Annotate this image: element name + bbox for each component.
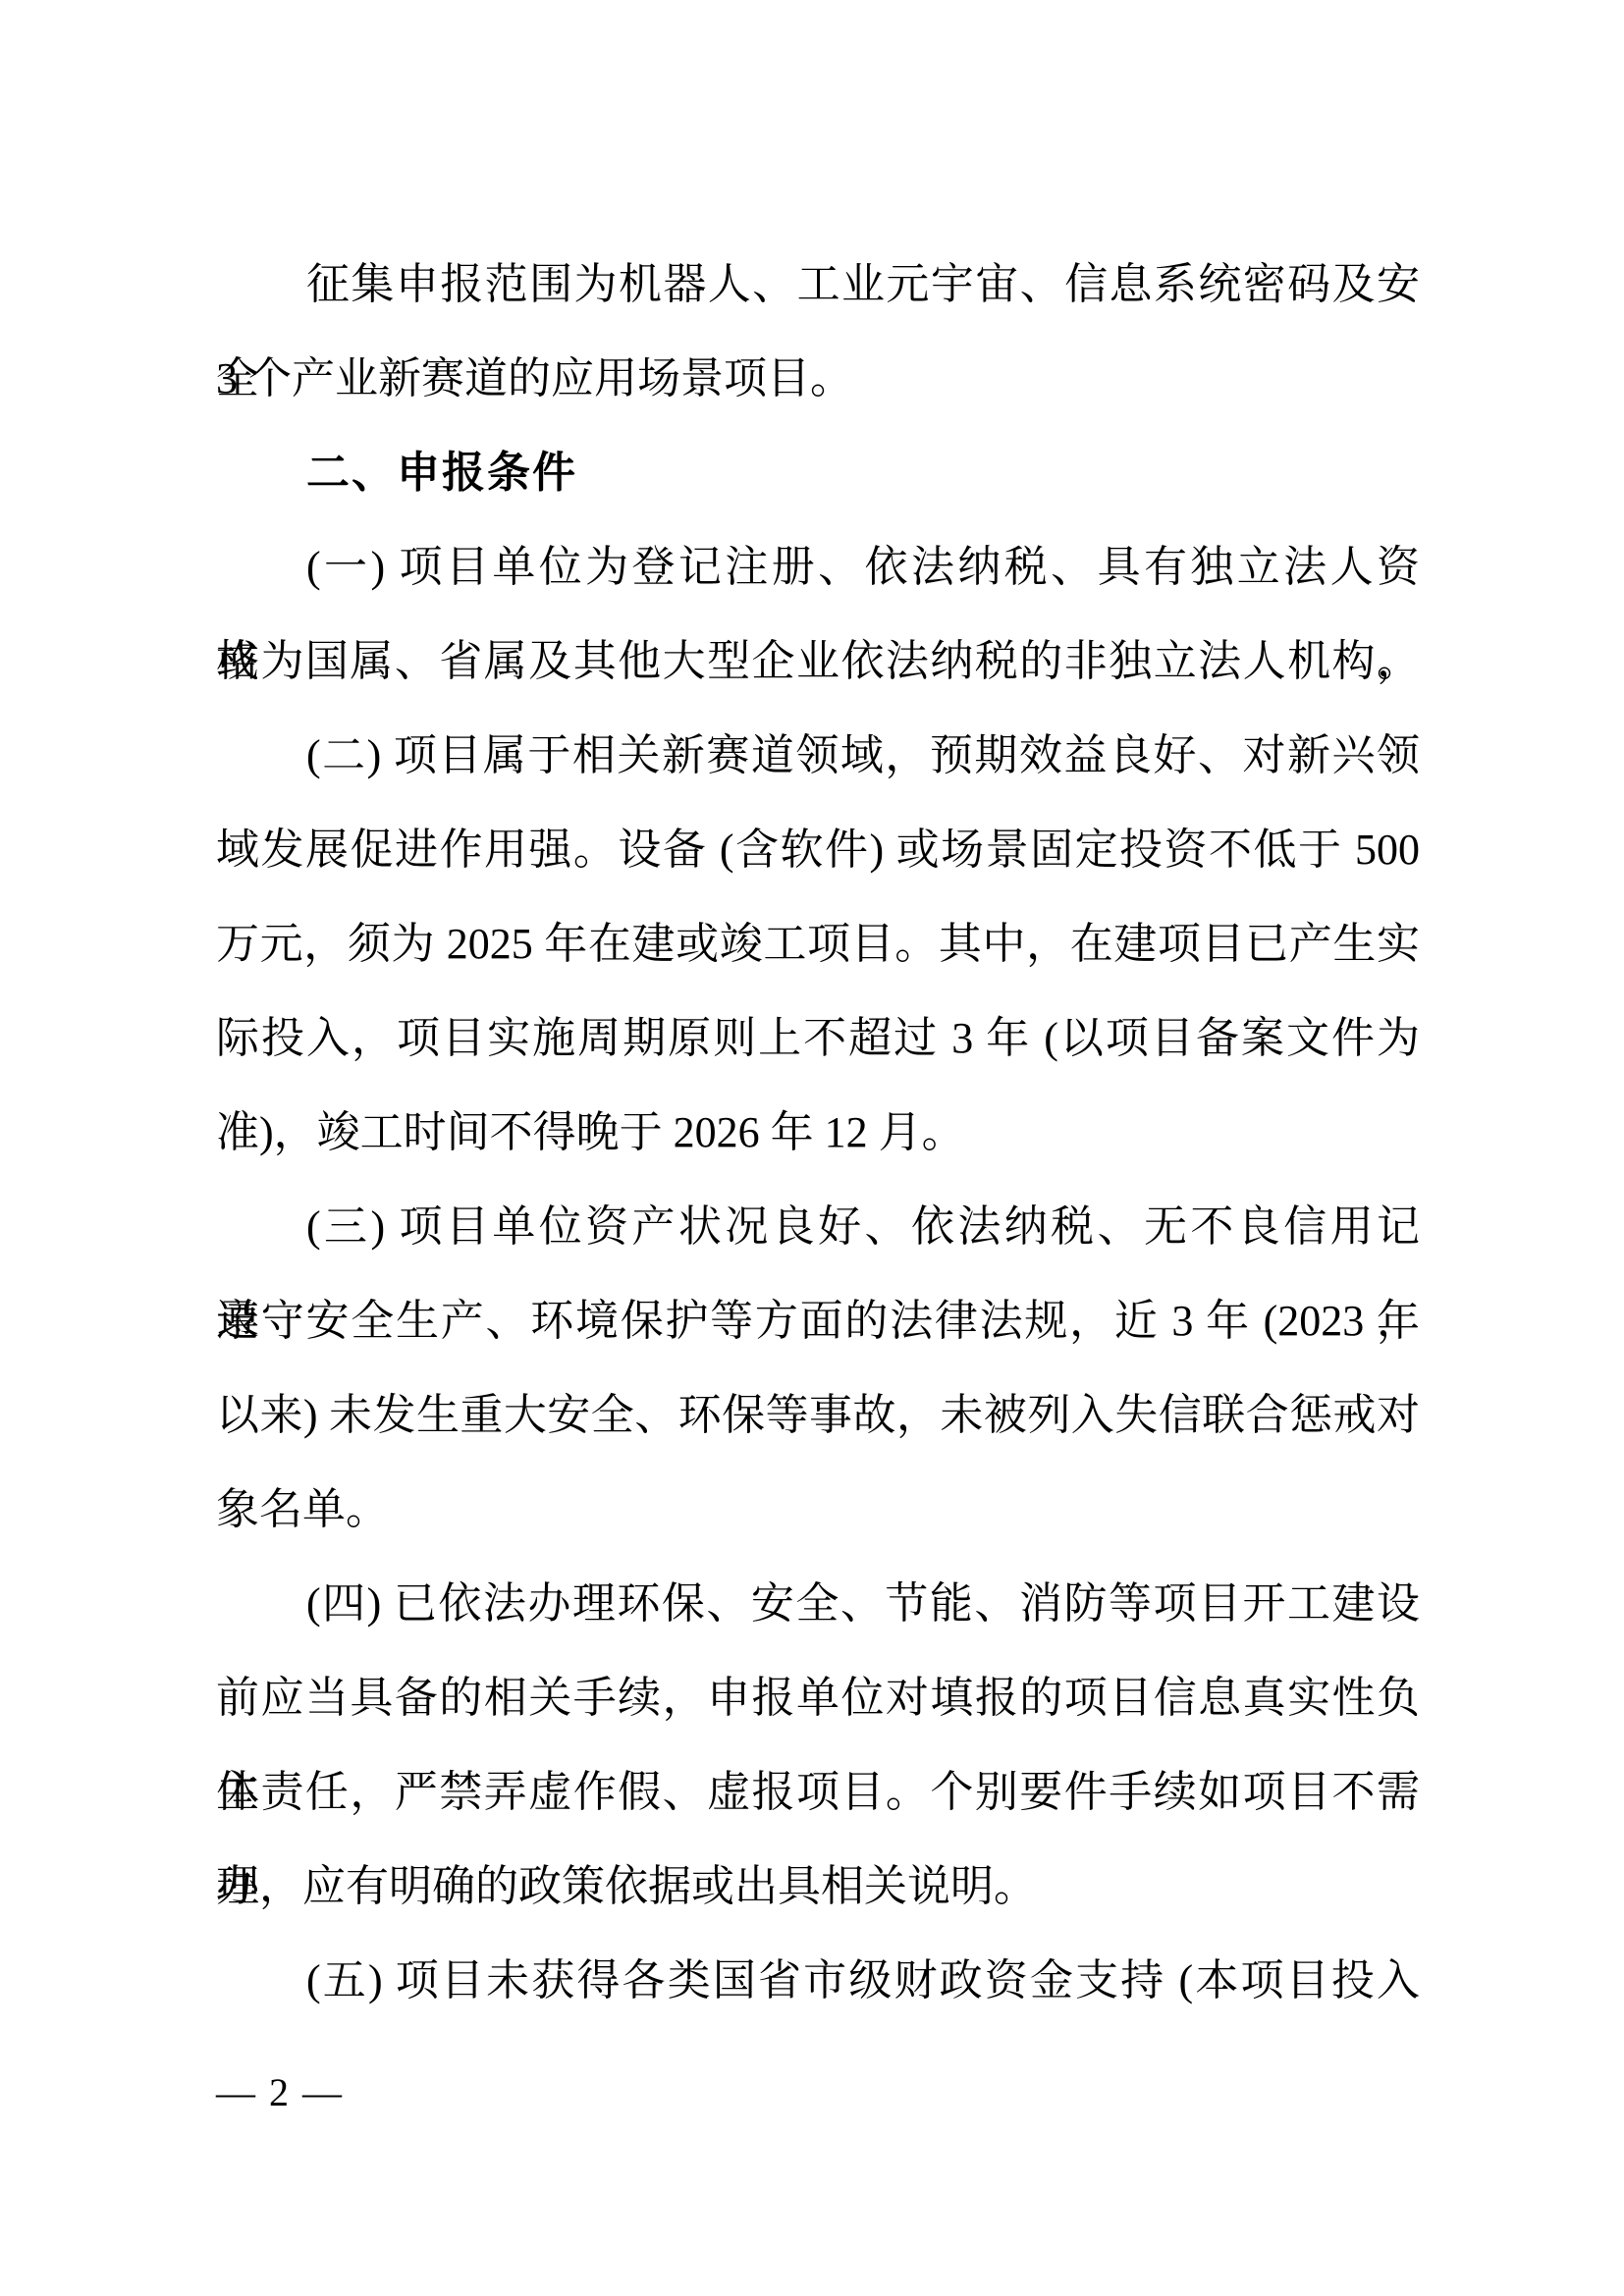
page-footer: — 2 — [216,2063,344,2122]
doc-line: 3 个产业新赛道的应用场景项目。 [216,332,1420,426]
document-body: 征集申报范围为机器人、工业元宇宙、信息系统密码及安全 3 个产业新赛道的应用场景… [216,238,1420,2028]
doc-line: (三) 项目单位资产状况良好、依法纳税、无不良信用记录， [216,1180,1420,1274]
document-page: 征集申报范围为机器人、工业元宇宙、信息系统密码及安全 3 个产业新赛道的应用场景… [0,0,1624,2296]
doc-line: 征集申报范围为机器人、工业元宇宙、信息系统密码及安全 [216,238,1420,332]
doc-line: 或为国属、省属及其他大型企业依法纳税的非独立法人机构。 [216,614,1420,709]
doc-line: (四) 已依法办理环保、安全、节能、消防等项目开工建设 [216,1557,1420,1651]
section-heading: 二、申报条件 [216,426,1420,520]
doc-line: 域发展促进作用强。设备 (含软件) 或场景固定投资不低于 500 [216,803,1420,897]
doc-line: 体责任，严禁弄虚作假、虚报项目。个别要件手续如项目不需办 [216,1745,1420,1840]
doc-line: (五) 项目未获得各类国省市级财政资金支持 (本项目投入 [216,1934,1420,2028]
doc-line: 前应当具备的相关手续，申报单位对填报的项目信息真实性负主 [216,1651,1420,1745]
doc-line: (一) 项目单位为登记注册、依法纳税、具有独立法人资格， [216,520,1420,614]
page-number: — 2 — [216,2070,344,2114]
doc-line: (二) 项目属于相关新赛道领域，预期效益良好、对新兴领 [216,709,1420,803]
doc-line: 准)，竣工时间不得晚于 2026 年 12 月。 [216,1086,1420,1180]
doc-line: 理，应有明确的政策依据或出具相关说明。 [216,1840,1420,1934]
doc-line: 际投入，项目实施周期原则上不超过 3 年 (以项目备案文件为 [216,991,1420,1086]
doc-line: 以来) 未发生重大安全、环保等事故，未被列入失信联合惩戒对 [216,1368,1420,1463]
doc-line: 象名单。 [216,1463,1420,1557]
doc-line: 万元，须为 2025 年在建或竣工项目。其中，在建项目已产生实 [216,897,1420,991]
doc-line: 遵守安全生产、环境保护等方面的法律法规，近 3 年 (2023 年 [216,1274,1420,1368]
